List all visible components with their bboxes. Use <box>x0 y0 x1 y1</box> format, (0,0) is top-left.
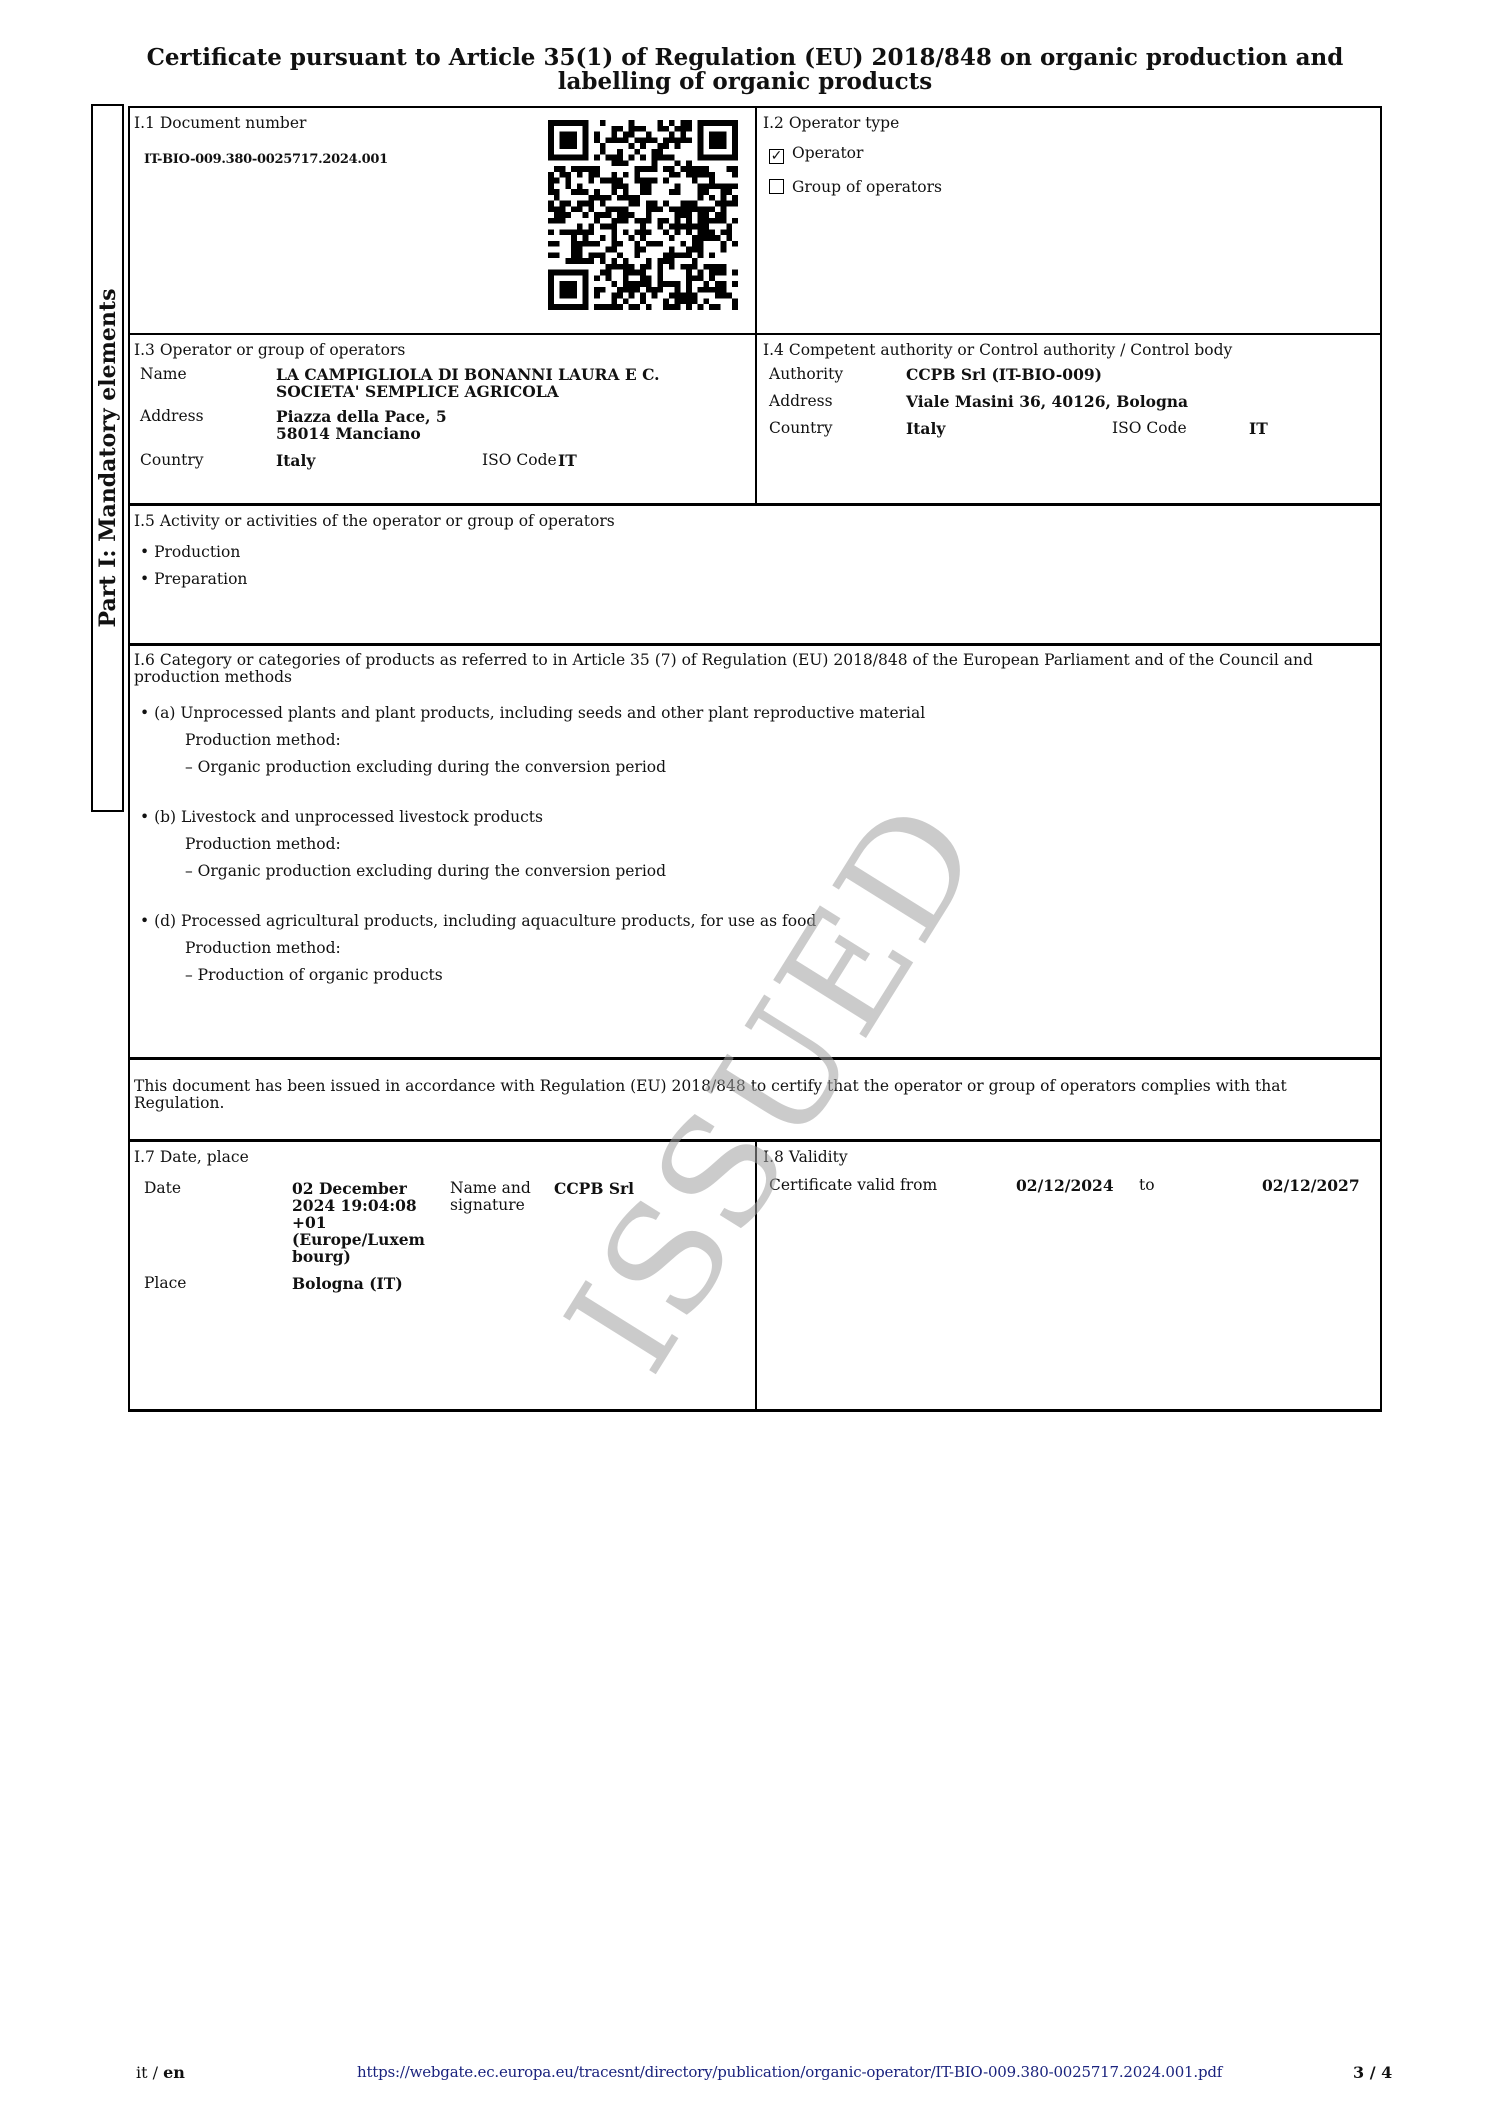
category-d: • (d) Processed agricultural products, i… <box>140 908 1376 989</box>
i2-heading: I.2 Operator type <box>763 114 1376 132</box>
operator-country: Italy <box>276 452 482 469</box>
valid-from-label: Certificate valid from <box>769 1177 1016 1194</box>
date-label: Date <box>144 1180 292 1265</box>
operator-type-option-group: Group of operators <box>769 178 1376 196</box>
checkbox-unchecked-icon <box>769 179 784 194</box>
lang-en[interactable]: en <box>163 2063 185 2082</box>
signature-value: CCPB Srl <box>554 1180 634 1265</box>
i4-heading: I.4 Competent authority or Control autho… <box>763 341 1376 359</box>
place-label: Place <box>144 1275 292 1292</box>
i6-heading: I.6 Category or categories of products a… <box>134 652 1370 686</box>
name-label: Name <box>140 366 276 400</box>
i7-heading: I.7 Date, place <box>134 1148 749 1166</box>
section-i1: I.1 Document number IT-BIO-009.380-00257… <box>128 106 755 333</box>
compliance-statement: This document has been issued in accorda… <box>128 1057 1382 1139</box>
section-i5: I.5 Activity or activities of the operat… <box>128 503 1382 643</box>
address-label: Address <box>769 393 906 420</box>
operator-type-option-operator: ✓Operator <box>769 144 1376 164</box>
issue-date: 02 December2024 19:04:08+01(Europe/Luxem… <box>292 1180 450 1265</box>
section-i3: I.3 Operator or group of operators Name … <box>128 333 755 503</box>
i3-heading: I.3 Operator or group of operators <box>134 341 749 359</box>
category-b: • (b) Livestock and unprocessed livestoc… <box>140 804 1376 885</box>
language-switch: it / en <box>136 2063 185 2082</box>
statement-text: This document has been issued in accorda… <box>134 1078 1370 1112</box>
operator-iso: IT <box>558 452 660 469</box>
i8-heading: I.8 Validity <box>763 1148 1376 1166</box>
option-label: Operator <box>792 144 863 162</box>
section-i2: I.2 Operator type ✓Operator Group of ope… <box>755 106 1382 333</box>
authority-label: Authority <box>769 366 906 393</box>
section-i8: I.8 Validity Certificate valid from 02/1… <box>755 1139 1382 1412</box>
iso-label: ISO Code <box>1112 420 1249 437</box>
activity-item: • Preparation <box>140 566 1376 593</box>
option-label: Group of operators <box>792 178 942 196</box>
authority-iso: IT <box>1249 420 1268 437</box>
qr-code-icon <box>548 120 738 310</box>
checkbox-checked-icon: ✓ <box>769 149 784 164</box>
address-label: Address <box>140 408 276 442</box>
section-i4: I.4 Competent authority or Control autho… <box>755 333 1382 503</box>
i5-heading: I.5 Activity or activities of the operat… <box>134 512 1376 530</box>
sidebar-label: Part I: Mandatory elements <box>95 289 121 628</box>
operator-address: Piazza della Pace, 558014 Manciano <box>276 408 660 442</box>
page-number: 3 / 4 <box>1353 2063 1392 2082</box>
part-i-sidebar: Part I: Mandatory elements <box>91 104 124 812</box>
category-a: • (a) Unprocessed plants and plant produ… <box>140 700 1376 781</box>
iso-label: ISO Code <box>482 452 558 469</box>
authority-name: CCPB Srl (IT-BIO-009) <box>906 366 1268 393</box>
country-label: Country <box>769 420 906 437</box>
to-label: to <box>1139 1177 1262 1194</box>
document-url-link[interactable]: https://webgate.ec.europa.eu/tracesnt/di… <box>357 2063 1222 2081</box>
authority-country: Italy <box>906 420 1112 437</box>
lang-separator: / <box>148 2063 164 2082</box>
section-i7: I.7 Date, place Date 02 December2024 19:… <box>128 1139 755 1412</box>
document-title: Certificate pursuant to Article 35(1) of… <box>90 46 1400 94</box>
section-i6: I.6 Category or categories of products a… <box>128 643 1382 1057</box>
operator-name: LA CAMPIGLIOLA DI BONANNI LAURA E C.SOCI… <box>276 366 660 400</box>
valid-from-date: 02/12/2024 <box>1016 1177 1139 1194</box>
issue-place: Bologna (IT) <box>292 1275 634 1292</box>
lang-it[interactable]: it <box>136 2063 148 2082</box>
activity-item: • Production <box>140 539 1376 566</box>
country-label: Country <box>140 452 276 469</box>
signature-label: Name andsignature <box>450 1180 554 1265</box>
authority-address: Viale Masini 36, 40126, Bologna <box>906 393 1268 420</box>
valid-to-date: 02/12/2027 <box>1262 1177 1360 1194</box>
